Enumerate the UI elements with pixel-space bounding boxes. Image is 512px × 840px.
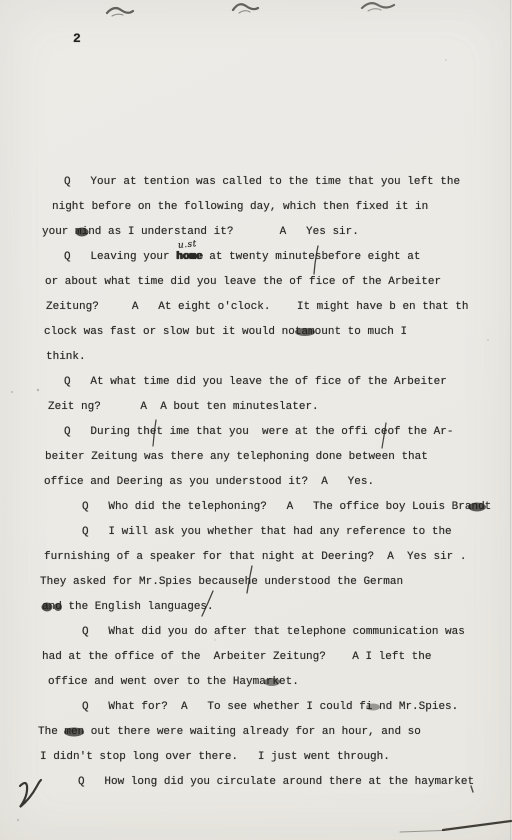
transcript-body: Q Your at tention was called to the time… — [0, 170, 512, 795]
top-ink-smudge — [233, 4, 258, 10]
transcript-line: Q Your at tention was called to the time… — [0, 170, 512, 195]
paper-speck — [445, 59, 447, 61]
transcript-line: think. — [0, 345, 512, 370]
transcript-line: Q I will ask you whether that had any re… — [0, 520, 512, 545]
top-ink-smudge — [368, 9, 381, 11]
transcript-line: beiter Zeitung was there any telephoning… — [0, 445, 512, 470]
paper-speck — [17, 819, 19, 821]
transcript-line: Q Who did the telephoning? A The office … — [0, 495, 512, 520]
bottom-edge-stroke — [443, 821, 511, 830]
transcript-line: Zeit ng? A A bout ten minuteslater. — [0, 395, 512, 420]
transcript-line: night before on the following day, which… — [0, 195, 512, 220]
transcript-line: They asked for Mr.Spies becausehe unders… — [0, 570, 512, 595]
page-number: 2 — [73, 31, 81, 47]
transcript-line: Q During thet ime that you were at the o… — [0, 420, 512, 445]
transcript-line: The men out there were waiting already f… — [0, 720, 512, 745]
corrected-word: u.sthome — [176, 251, 202, 263]
handwritten-correction: u.st — [178, 240, 198, 251]
transcript-line: Q What did you do after that telephone c… — [0, 620, 512, 645]
transcript-line: Zeitung? A At eight o'clock. It might ha… — [0, 295, 512, 320]
transcript-line: office and Deering as you understood it?… — [0, 470, 512, 495]
transcript-line: Q At what time did you leave the of fice… — [0, 370, 512, 395]
transcript-line: clock was fast or slow but it would nota… — [0, 320, 512, 345]
transcript-line: or about what time did you leave the of … — [0, 270, 512, 295]
overstruck-word: home — [176, 251, 202, 263]
transcript-line: office and went over to the Haymarket. — [0, 670, 512, 695]
transcript-line: had at the office of the Arbeiter Zeitun… — [0, 645, 512, 670]
top-ink-smudge — [362, 3, 394, 8]
transcript-line: Q What for? A To see whether I could fi … — [0, 695, 512, 720]
line-segment: at twenty minutesbefore eight at — [203, 251, 421, 263]
transcript-line: and the English languages. — [0, 595, 512, 620]
transcript-line: furnishing of a speaker for that night a… — [0, 545, 512, 570]
transcript-line: Q How long did you circulate around ther… — [0, 770, 512, 795]
transcript-line-with-correction: Q Leaving your u.sthome at twenty minute… — [0, 245, 512, 270]
transcript-line: your mind as I understand it? A Yes sir. — [0, 220, 512, 245]
transcript-line: I didn't stop long over there. I just we… — [0, 745, 512, 770]
top-ink-smudge — [107, 8, 133, 13]
top-ink-smudge — [239, 11, 250, 13]
line-segment: Q Leaving your — [64, 251, 176, 263]
top-ink-smudge — [112, 14, 123, 16]
bottom-edge-stroke — [400, 831, 443, 833]
scanned-document-page: 2 Q Your at tention was called to the ti… — [0, 0, 512, 840]
